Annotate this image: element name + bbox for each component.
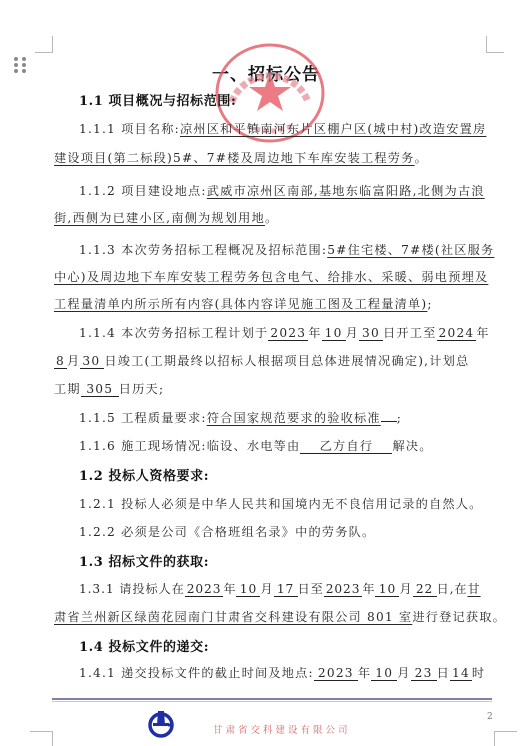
label: 1.1.4 本次劳务招标工程计划于 (79, 326, 268, 340)
project-name-value: 凉州区和平镇南河东片区棚户区(城中村)改造安置房 (180, 122, 486, 136)
text: 时 (472, 666, 485, 680)
text: 月 (260, 582, 273, 596)
company-logo-icon (146, 708, 176, 738)
paragraph-1-1-4-line1: 1.1.4 本次劳务招标工程计划于2023年10月30日开工至2024年 (79, 324, 490, 341)
text: 日开工至 (383, 326, 437, 340)
section-heading-1-4: 1.4 投标文件的递交: (79, 636, 209, 655)
obtain-start-day: 17 (274, 582, 298, 597)
text: 月 (399, 582, 412, 596)
duration-days: 305 (81, 382, 119, 397)
obtain-start-year: 2023 (185, 582, 224, 597)
paragraph-1-3-1-line1: 1.3.1 请投标人在2023年10月17日至2023年10月22日,在甘 (79, 580, 481, 597)
deadline-year: 2023 (314, 666, 358, 681)
label: 1.1.6 施工现场情况:临设、水电等由 (79, 439, 300, 453)
text: 年 (362, 582, 375, 596)
text: 进行登记获取。 (412, 610, 506, 624)
text: 月 (346, 326, 359, 340)
end-day: 30 (80, 354, 104, 369)
text: 年 (358, 666, 371, 680)
punct: ; (397, 411, 402, 425)
text: 月 (397, 666, 410, 680)
paragraph-1-1-2-line1: 1.1.2 项目建设地点:武威市凉州区南部,基地东临富阳路,北侧为古浪 (79, 182, 485, 199)
page-number: 2 (487, 712, 493, 722)
deadline-month: 10 (371, 666, 397, 681)
text: 日 (437, 666, 450, 680)
scope-value-cont: 中心)及周边地下车库安装工程劳务包含电气、给排水、采暖、弱电预埋及 (54, 270, 488, 284)
paragraph-1-1-4-line3: 工期305日历天; (54, 380, 164, 397)
location-value-cont: 肃省兰州新区绿茵花园南门甘肃省交科建设有限公司 801 室 (54, 610, 412, 624)
paragraph-1-2-1: 1.2.1 投标人必须是中华人民共和国境内无不良信用记录的自然人。 (79, 495, 483, 512)
project-name-value-cont: 建设项目(第二标段)5#、7#楼及周边地下车库安装工程劳务 (54, 151, 415, 165)
text: 月 (67, 354, 80, 368)
text: 年 (223, 582, 236, 596)
paragraph-1-1-3-line1: 1.1.3 本次劳务招标工程概况及招标范围:5#住宅楼、7#楼(社区服务 (79, 241, 494, 258)
end-month: 8 (54, 354, 67, 369)
text: 年 (308, 326, 321, 340)
label: 1.1.5 工程质量要求: (79, 411, 207, 425)
text: 日,在 (437, 582, 468, 596)
label: 1.1.3 本次劳务招标工程概况及招标范围: (79, 243, 327, 257)
obtain-start-month: 10 (236, 582, 260, 597)
crop-mark-bottom-right (494, 731, 517, 746)
paragraph-1-3-1-line2: 肃省兰州新区绿茵花园南门甘肃省交科建设有限公司 801 室进行登记获取。 (54, 608, 506, 625)
location-value-cont: 街,西侧为已建小区,南侧为规划用地 (54, 211, 265, 225)
scope-value: 5#住宅楼、7#楼(社区服务 (327, 243, 494, 257)
text: 年 (476, 326, 489, 340)
start-month: 10 (322, 326, 346, 341)
scope-value-cont2: 工程量清单内所示所有内容(具体内容详见施工图及工程量清单) (54, 297, 427, 311)
label: 1.1.1 项目名称: (79, 122, 180, 136)
end-year: 2024 (437, 326, 477, 341)
obtain-end-day: 22 (413, 582, 437, 597)
section-heading-1-3: 1.3 招标文件的获取: (79, 551, 209, 570)
crop-mark-top-right (486, 36, 504, 53)
document-title: 一、招标公告 (0, 60, 532, 85)
deadline-day: 23 (411, 666, 437, 681)
footer-divider (52, 698, 492, 700)
text: 工期 (54, 382, 81, 396)
paragraph-1-1-6: 1.1.6 施工现场情况:临设、水电等由乙方自行解决。 (79, 437, 433, 454)
paragraph-1-1-1-line1: 1.1.1 项目名称:凉州区和平镇南河东片区棚户区(城中村)改造安置房 (79, 120, 486, 137)
paragraph-1-2-2: 1.2.2 必须是公司《合格班组名录》中的劳务队。 (79, 523, 375, 540)
quality-value: 符合国家规范要求的验收标准 (207, 411, 381, 425)
location-value: 武威市凉州区南部,基地东临富阳路,北侧为古浪 (207, 184, 485, 198)
text: 日竣工(工期最终以招标人根据项目总体进展情况确定),计划总 (104, 354, 469, 368)
section-heading-1-1: 1.1 项目概况与招标范围: (79, 90, 236, 109)
punct: ; (427, 297, 432, 311)
site-responsibility-value: 乙方自行 (300, 439, 392, 454)
location-value: 甘 (468, 582, 481, 596)
text: 日至 (298, 582, 324, 596)
paragraph-1-1-1-line2: 建设项目(第二标段)5#、7#楼及周边地下车库安装工程劳务。 (54, 149, 428, 166)
crop-mark-bottom-left (30, 731, 53, 746)
paragraph-1-1-4-line2: 8月30日竣工(工期最终以招标人根据项目总体进展情况确定),计划总 (54, 352, 469, 369)
section-heading-1-2: 1.2 投标人资格要求: (79, 465, 209, 484)
obtain-end-year: 2023 (324, 582, 363, 597)
footer-company-name: 甘肃省交科建设有限公司 (213, 722, 351, 736)
punct: 。 (265, 211, 278, 225)
paragraph-1-1-3-line3: 工程量清单内所示所有内容(具体内容详见施工图及工程量清单); (54, 295, 433, 312)
obtain-end-month: 10 (375, 582, 399, 597)
punct: 。 (415, 151, 428, 165)
paragraph-1-1-2-line2: 街,西侧为已建小区,南侧为规划用地。 (54, 209, 278, 226)
label: 1.1.2 项目建设地点: (79, 184, 207, 198)
footer-divider-shadow (52, 701, 492, 702)
start-day: 30 (359, 326, 383, 341)
crop-mark-top-left (35, 36, 53, 53)
start-year: 2023 (268, 326, 308, 341)
paragraph-1-1-5: 1.1.5 工程质量要求:符合国家规范要求的验收标准; (79, 409, 402, 426)
paragraph-1-1-3-line2: 中心)及周边地下车库安装工程劳务包含电气、给排水、采暖、弱电预埋及 (54, 268, 488, 285)
text: 日历天; (119, 382, 164, 396)
label: 1.4.1 递交投标文件的截止时间及地点: (79, 666, 314, 680)
deadline-hour: 14 (450, 666, 472, 681)
label: 1.3.1 请投标人在 (79, 582, 185, 596)
paragraph-1-4-1: 1.4.1 递交投标文件的截止时间及地点:2023年10月23日14时 (79, 664, 485, 681)
text: 解决。 (392, 439, 432, 453)
